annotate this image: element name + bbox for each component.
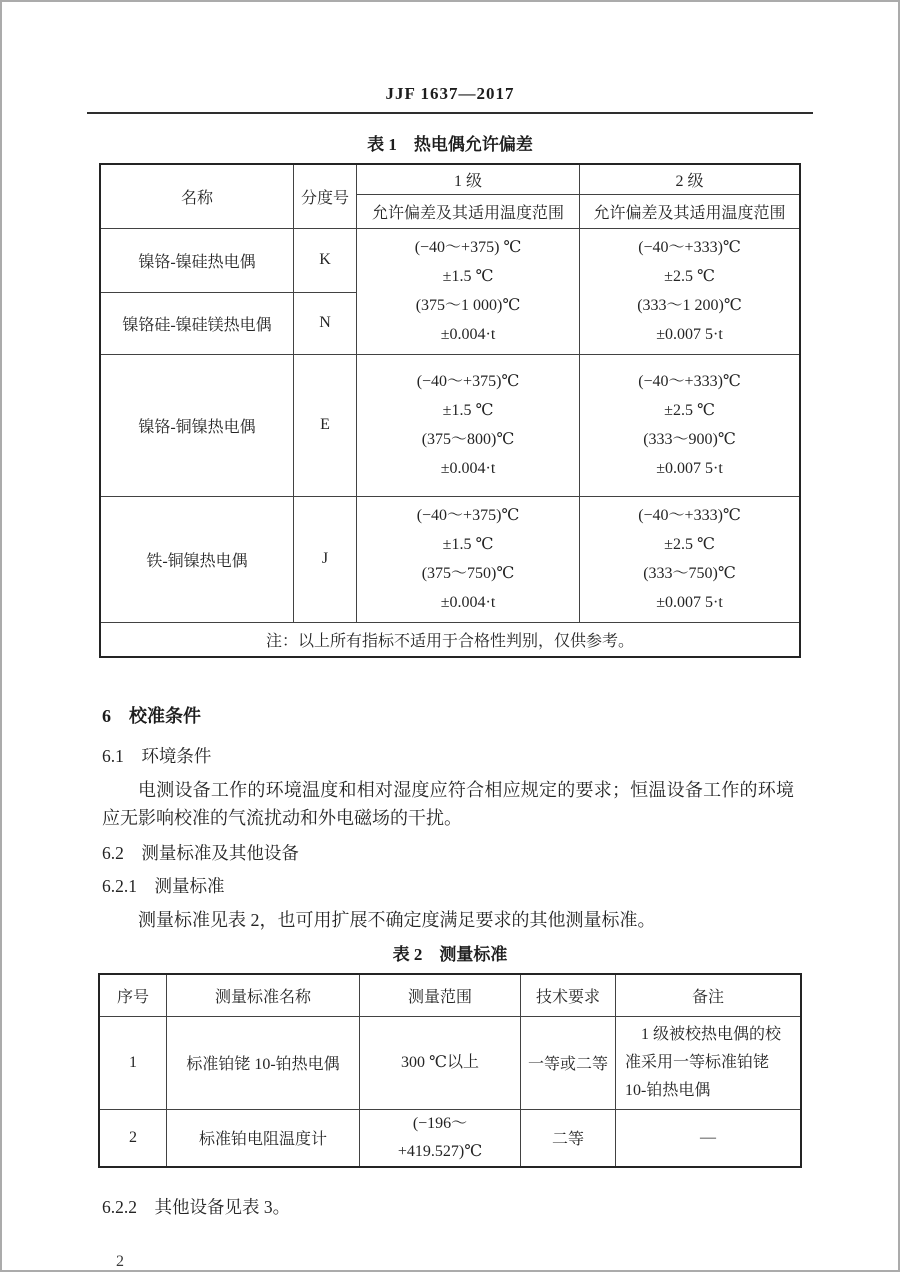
cell-grade1-e: (−40～+375)℃ ±1.5 ℃ (375～800)℃ ±0.004·t (357, 354, 580, 496)
cell-grade1-kn: (−40～+375) ℃ ±1.5 ℃ (375～1 000)℃ ±0.004·… (357, 228, 580, 354)
page-number: 2 (116, 1253, 898, 1271)
deviation-line: (−40～+375)℃ (357, 367, 579, 396)
cell-name-n: 镍铬硅-镍硅镁热电偶 (100, 292, 294, 354)
header-cell-grade2: 2 级 (580, 164, 801, 194)
cell-remark: 1 级被校热电偶的校准采用一等标准铂铑 10-铂热电偶 (616, 1016, 802, 1109)
deviation-line: ±1.5 ℃ (357, 530, 579, 559)
deviation-line: ±0.004·t (357, 454, 579, 483)
document-code-header: JJF 1637—2017 (2, 2, 898, 104)
header-cell-no: 序号 (99, 974, 167, 1016)
table-row-j: 铁-铜镍热电偶 J (−40～+375)℃ ±1.5 ℃ (375～750)℃ … (100, 496, 800, 622)
cell-standard-name: 标准铂电阻温度计 (167, 1109, 360, 1167)
range-line: +419.527)℃ (360, 1138, 520, 1166)
table1-title: 表 1 热电偶允许偏差 (2, 130, 898, 155)
deviation-line: (375～800)℃ (357, 425, 579, 454)
table-row-e: 镍铬-铜镍热电偶 E (−40～+375)℃ ±1.5 ℃ (375～800)℃… (100, 354, 800, 496)
header-cell-name: 名称 (100, 164, 294, 228)
paragraph-environment: 电测设备工作的环境温度和相对湿度应符合相应规定的要求；恒温设备工作的环境应无影响… (102, 776, 794, 832)
cell-name-j: 铁-铜镍热电偶 (100, 496, 294, 622)
page: JJF 1637—2017 表 1 热电偶允许偏差 名称 分度号 1 级 2 级… (2, 2, 898, 1271)
table-measurement-standards: 序号 测量标准名称 测量范围 技术要求 备注 1 标准铂铑 10-铂热电偶 30… (98, 973, 802, 1168)
header-cell-range: 测量范围 (360, 974, 521, 1016)
header-cell-code: 分度号 (294, 164, 357, 228)
cell-name-e: 镍铬-铜镍热电偶 (100, 354, 294, 496)
deviation-line: (−40～+333)℃ (580, 501, 799, 530)
paragraph-measurement-standard: 测量标准见表 2，也可用扩展不确定度满足要求的其他测量标准。 (102, 906, 794, 934)
cell-grade2-j: (−40～+333)℃ ±2.5 ℃ (333～750)℃ ±0.007 5·t (580, 496, 801, 622)
deviation-line: ±2.5 ℃ (580, 396, 799, 425)
header-cell-remark: 备注 (616, 974, 802, 1016)
subheader-cell-grade1: 允许偏差及其适用温度范围 (357, 194, 580, 228)
section-heading-6-2-2: 6.2.2 其他设备见表 3。 (102, 1194, 898, 1219)
deviation-line: (375～1 000)℃ (357, 291, 579, 320)
subheader-cell-grade2: 允许偏差及其适用温度范围 (580, 194, 801, 228)
cell-range: 300 ℃以上 (360, 1016, 521, 1109)
cell-code-n: N (294, 292, 357, 354)
section-heading-6-2-1: 6.2.1 测量标准 (102, 873, 898, 898)
range-line: (−196～ (360, 1110, 520, 1138)
cell-grade2-e: (−40～+333)℃ ±2.5 ℃ (333～900)℃ ±0.007 5·t (580, 354, 801, 496)
deviation-line: (333～1 200)℃ (580, 291, 799, 320)
cell-code-e: E (294, 354, 357, 496)
range-line: 300 ℃以上 (360, 1049, 520, 1077)
table-header-row: 名称 分度号 1 级 2 级 (100, 164, 800, 194)
document-page: { "page": { "header": "JJF 1637—2017", "… (0, 0, 900, 1272)
table-row: 2 标准铂电阻温度计 (−196～ +419.527)℃ 二等 — (99, 1109, 801, 1167)
table-note-row: 注：以上所有指标不适用于合格性判别，仅供参考。 (100, 622, 800, 657)
deviation-line: (−40～+333)℃ (580, 233, 799, 262)
deviation-line: ±0.007 5·t (580, 454, 799, 483)
cell-standard-name: 标准铂铑 10-铂热电偶 (167, 1016, 360, 1109)
deviation-line: ±1.5 ℃ (357, 396, 579, 425)
header-cell-standard-name: 测量标准名称 (167, 974, 360, 1016)
header-cell-requirement: 技术要求 (521, 974, 616, 1016)
deviation-line: (375～750)℃ (357, 559, 579, 588)
deviation-line: (−40～+375) ℃ (357, 233, 579, 262)
header-rule (87, 112, 813, 114)
cell-requirement: 二等 (521, 1109, 616, 1167)
cell-no: 1 (99, 1016, 167, 1109)
table-allowed-deviation: 名称 分度号 1 级 2 级 允许偏差及其适用温度范围 允许偏差及其适用温度范围… (99, 163, 801, 658)
section-heading-6-2: 6.2 测量标准及其他设备 (102, 840, 898, 865)
cell-no: 2 (99, 1109, 167, 1167)
section-heading-6: 6 校准条件 (102, 702, 898, 728)
table-row-k: 镍铬-镍硅热电偶 K (−40～+375) ℃ ±1.5 ℃ (375～1 00… (100, 228, 800, 292)
header-cell-grade1: 1 级 (357, 164, 580, 194)
table-header-row: 序号 测量标准名称 测量范围 技术要求 备注 (99, 974, 801, 1016)
section-heading-6-1: 6.1 环境条件 (102, 743, 898, 768)
deviation-line: ±0.007 5·t (580, 588, 799, 617)
cell-range: (−196～ +419.527)℃ (360, 1109, 521, 1167)
cell-grade1-j: (−40～+375)℃ ±1.5 ℃ (375～750)℃ ±0.004·t (357, 496, 580, 622)
table2-title: 表 2 测量标准 (2, 940, 898, 965)
deviation-line: (333～900)℃ (580, 425, 799, 454)
table1-note: 注：以上所有指标不适用于合格性判别，仅供参考。 (100, 622, 800, 657)
deviation-line: ±0.004·t (357, 588, 579, 617)
deviation-line: ±2.5 ℃ (580, 262, 799, 291)
deviation-line: ±1.5 ℃ (357, 262, 579, 291)
deviation-line: (−40～+375)℃ (357, 501, 579, 530)
deviation-line: ±0.004·t (357, 320, 579, 349)
deviation-line: (333～750)℃ (580, 559, 799, 588)
cell-remark: — (616, 1109, 802, 1167)
table-row: 1 标准铂铑 10-铂热电偶 300 ℃以上 一等或二等 1 级被校热电偶的校准… (99, 1016, 801, 1109)
cell-requirement: 一等或二等 (521, 1016, 616, 1109)
deviation-line: ±0.007 5·t (580, 320, 799, 349)
cell-code-j: J (294, 496, 357, 622)
cell-code-k: K (294, 228, 357, 292)
cell-grade2-kn: (−40～+333)℃ ±2.5 ℃ (333～1 200)℃ ±0.007 5… (580, 228, 801, 354)
cell-name-k: 镍铬-镍硅热电偶 (100, 228, 294, 292)
deviation-line: (−40～+333)℃ (580, 367, 799, 396)
deviation-line: ±2.5 ℃ (580, 530, 799, 559)
